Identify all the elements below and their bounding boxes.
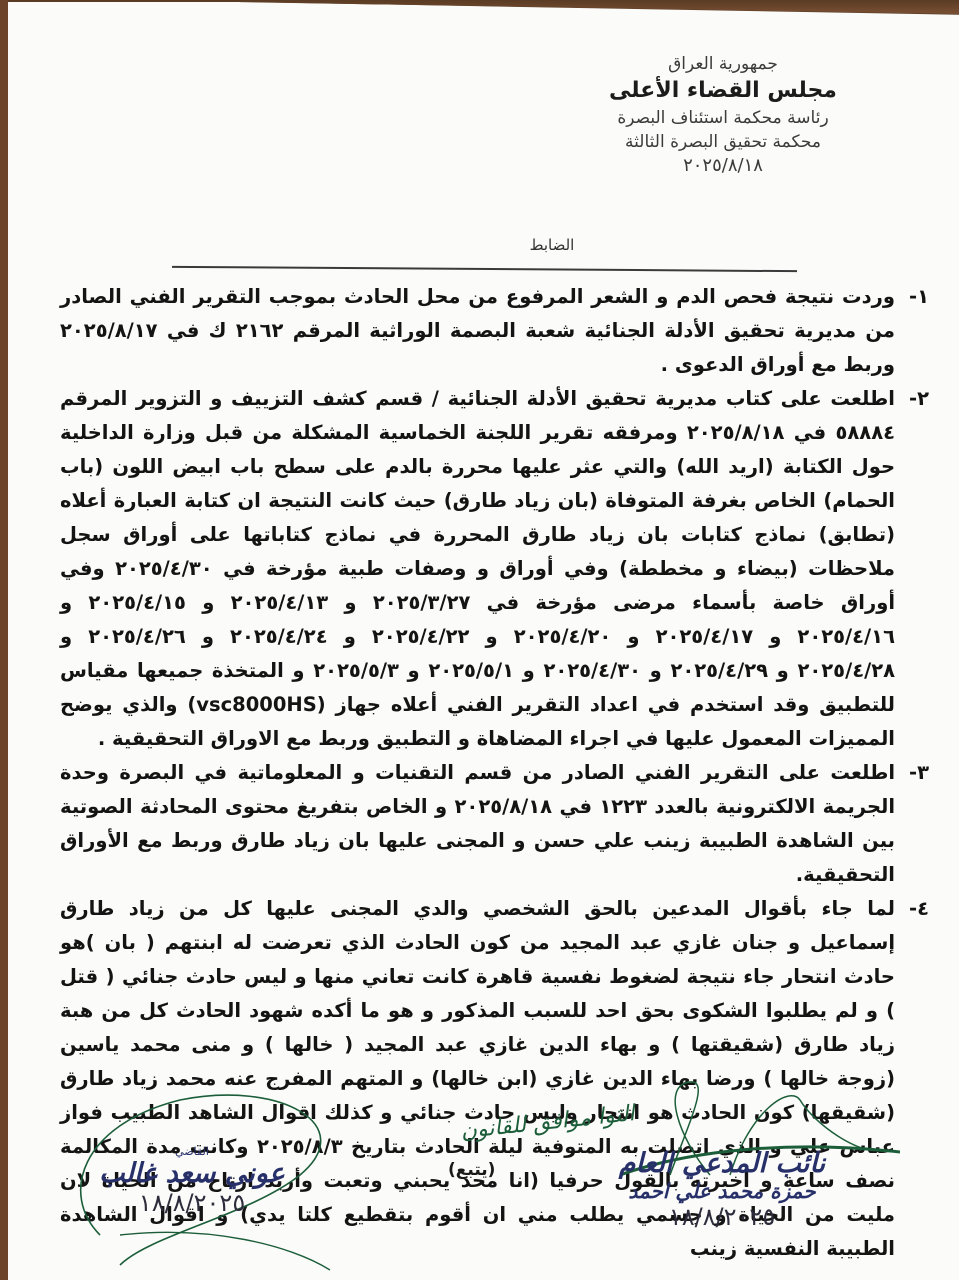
prosecutor-sign-date: ١٨/٨/٢٠٢٥: [592, 1203, 852, 1231]
prosecutor-title: نائب المدعي العام: [592, 1148, 852, 1179]
council-name: مجلس القضاء الأعلى: [573, 76, 873, 106]
item-text: وردت نتيجة فحص الدم و الشعر المرفوع من م…: [60, 280, 895, 382]
prosecutor-name: حمزة محمد علي احمد: [592, 1179, 852, 1203]
court-name: محكمة تحقيق البصرة الثالثة: [573, 130, 873, 154]
presidency-name: رئاسة محكمة استئناف البصرة: [573, 106, 873, 130]
document-date: ٢٠٢٥/٨/١٨: [573, 154, 873, 178]
judge-name: عوني سعد غالب: [82, 1158, 302, 1189]
item-number: ٢-: [909, 382, 929, 416]
item-text: اطلعت على كتاب مديرية تحقيق الأدلة الجنا…: [60, 382, 895, 756]
judge-title: القاضي: [82, 1145, 302, 1158]
country-name: جمهورية العراق: [573, 52, 873, 76]
background-wood-edge: [0, 0, 8, 1280]
list-item-1: ١- وردت نتيجة فحص الدم و الشعر المرفوع م…: [60, 280, 929, 382]
list-item-2: ٢- اطلعت على كتاب مديرية تحقيق الأدلة ال…: [60, 382, 929, 756]
list-item-3: ٣- اطلعت على التقرير الفني الصادر من قسم…: [60, 756, 929, 892]
section-title: الضابط: [462, 236, 642, 254]
prosecutor-stamp: نائب المدعي العام حمزة محمد علي احمد ١٨/…: [592, 1148, 852, 1231]
letterhead: جمهورية العراق مجلس القضاء الأعلى رئاسة …: [573, 52, 873, 178]
continued-label: (يتبع): [448, 1160, 495, 1180]
judge-stamp: القاضي عوني سعد غالب ١٨/٨/٢٠٢٥: [82, 1145, 302, 1217]
item-number: ٣-: [909, 756, 929, 790]
judge-sign-date: ١٨/٨/٢٠٢٥: [82, 1189, 302, 1217]
item-number: ١-: [909, 280, 929, 314]
item-number: ٤-: [909, 892, 929, 926]
item-text: اطلعت على التقرير الفني الصادر من قسم ال…: [60, 756, 895, 892]
